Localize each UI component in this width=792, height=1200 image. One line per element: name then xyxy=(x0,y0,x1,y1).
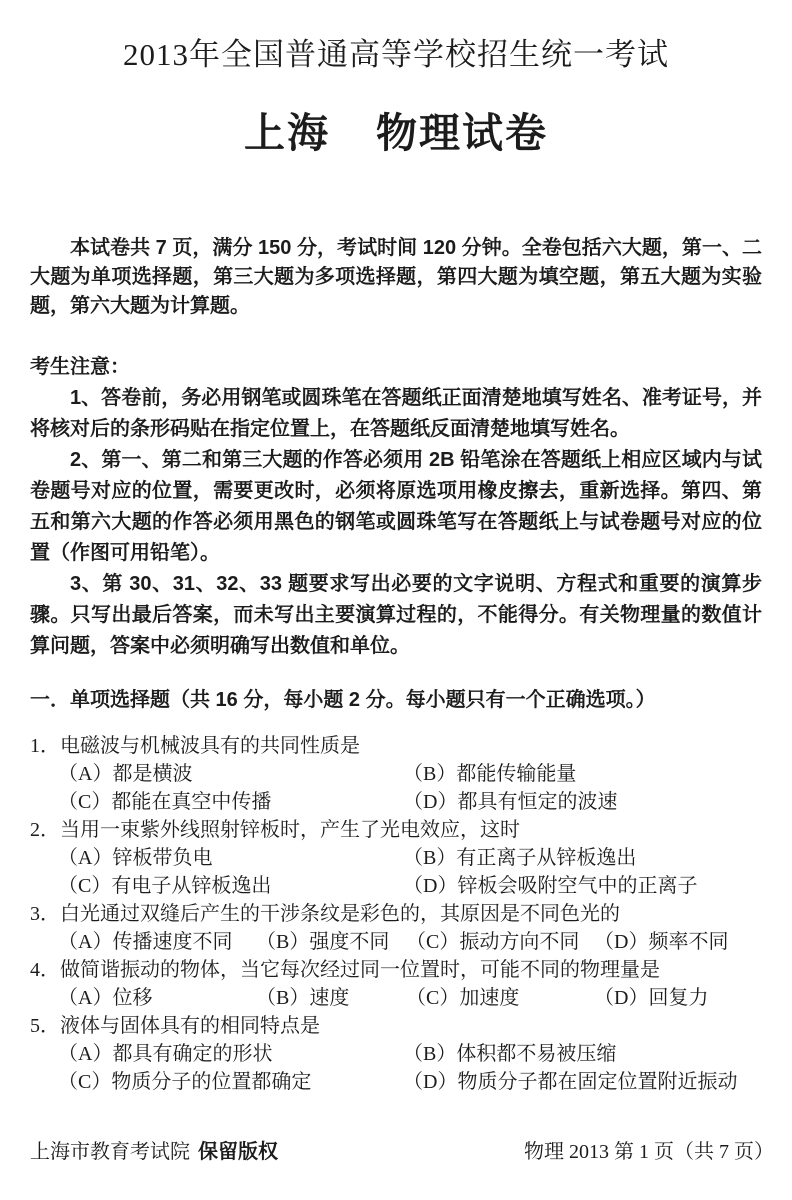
options-row: （A）都是横波 （B）都能传输能量 xyxy=(30,760,762,788)
question-stem: 2．当用一束紫外线照射锌板时，产生了光电效应，这时 xyxy=(30,816,762,844)
footer-page-info: 物理 2013 第 1 页（共 7 页） xyxy=(524,1140,774,1164)
question-3: 3．白光通过双缝后产生的干涉条纹是彩色的，其原因是不同色光的 （A）传播速度不同… xyxy=(30,900,762,956)
question-stem-text: 做简谐振动的物体，当它每次经过同一位置时，可能不同的物理量是 xyxy=(60,959,660,981)
option-c: （C）加速度 xyxy=(406,984,594,1012)
question-stem: 5．液体与固体具有的相同特点是 xyxy=(30,1012,762,1040)
options-row: （C）物质分子的位置都确定 （D）物质分子都在固定位置附近振动 xyxy=(30,1068,762,1096)
question-stem-text: 液体与固体具有的相同特点是 xyxy=(60,1015,320,1037)
notice-item-1: 1、答卷前，务必用钢笔或圆珠笔在答题纸正面清楚地填写姓名、准考证号，并将核对后的… xyxy=(30,383,762,445)
question-stem: 4．做简谐振动的物体，当它每次经过同一位置时，可能不同的物理量是 xyxy=(30,956,762,984)
question-2: 2．当用一束紫外线照射锌板时，产生了光电效应，这时 （A）锌板带负电 （B）有正… xyxy=(30,816,762,900)
option-c: （C）振动方向不同 xyxy=(406,928,594,956)
options-row: （A）都具有确定的形状 （B）体积都不易被压缩 xyxy=(30,1040,762,1068)
option-c: （C）物质分子的位置都确定 xyxy=(58,1068,403,1096)
option-a: （A）锌板带负电 xyxy=(58,844,403,872)
option-b: （B）体积都不易被压缩 xyxy=(403,1040,616,1068)
option-d: （D）频率不同 xyxy=(594,928,728,956)
question-stem-text: 白光通过双缝后产生的干涉条纹是彩色的，其原因是不同色光的 xyxy=(60,903,620,925)
questions-list: 1．电磁波与机械波具有的共同性质是 （A）都是横波 （B）都能传输能量 （C）都… xyxy=(30,732,762,1096)
options-row: （C）有电子从锌板逸出 （D）锌板会吸附空气中的正离子 xyxy=(30,872,762,900)
question-number: 4． xyxy=(30,956,60,984)
exam-page: 2013年全国普通高等学校招生统一考试 上海物理试卷 本试卷共 7 页，满分 1… xyxy=(0,0,792,1200)
option-b: （B）都能传输能量 xyxy=(403,760,576,788)
paper-subject: 物理试卷 xyxy=(376,110,548,156)
question-5: 5．液体与固体具有的相同特点是 （A）都具有确定的形状 （B）体积都不易被压缩 … xyxy=(30,1012,762,1096)
notice-item-3: 3、第 30、31、32、33 题要求写出必要的文字说明、方程式和重要的演算步骤… xyxy=(30,569,762,662)
option-c: （C）有电子从锌板逸出 xyxy=(58,872,403,900)
options-row: （A）传播速度不同 （B）强度不同 （C）振动方向不同 （D）频率不同 xyxy=(30,928,762,956)
exam-title: 2013年全国普通高等学校招生统一考试 xyxy=(30,34,762,76)
page-footer: 上海市教育考试院保留版权 物理 2013 第 1 页（共 7 页） xyxy=(30,1140,774,1164)
footer-copyright: 保留版权 xyxy=(198,1141,278,1163)
notice-section: 考生注意： 1、答卷前，务必用钢笔或圆珠笔在答题纸正面清楚地填写姓名、准考证号，… xyxy=(30,352,762,662)
option-b: （B）强度不同 xyxy=(256,928,406,956)
question-stem-text: 电磁波与机械波具有的共同性质是 xyxy=(60,735,360,757)
options-row: （A）锌板带负电 （B）有正离子从锌板逸出 xyxy=(30,844,762,872)
question-stem: 1．电磁波与机械波具有的共同性质是 xyxy=(30,732,762,760)
option-a: （A）传播速度不同 xyxy=(58,928,256,956)
question-number: 2． xyxy=(30,816,60,844)
notice-item-2: 2、第一、第二和第三大题的作答必须用 2B 铅笔涂在答题纸上相应区域内与试卷题号… xyxy=(30,445,762,569)
option-b: （B）速度 xyxy=(256,984,406,1012)
footer-publisher: 上海市教育考试院 xyxy=(30,1141,190,1163)
option-d: （D）锌板会吸附空气中的正离子 xyxy=(403,872,697,900)
section-heading: 一．单项选择题（共 16 分，每小题 2 分。每小题只有一个正确选项。） xyxy=(30,685,762,716)
question-1: 1．电磁波与机械波具有的共同性质是 （A）都是横波 （B）都能传输能量 （C）都… xyxy=(30,732,762,816)
notice-heading: 考生注意： xyxy=(30,352,762,383)
exam-intro: 本试卷共 7 页，满分 150 分，考试时间 120 分钟。全卷包括六大题，第一… xyxy=(30,234,762,321)
option-c: （C）都能在真空中传播 xyxy=(58,788,403,816)
option-d: （D）物质分子都在固定位置附近振动 xyxy=(403,1068,737,1096)
option-b: （B）有正离子从锌板逸出 xyxy=(403,844,636,872)
question-number: 5． xyxy=(30,1012,60,1040)
question-number: 3． xyxy=(30,900,60,928)
option-d: （D）回复力 xyxy=(594,984,708,1012)
footer-left: 上海市教育考试院保留版权 xyxy=(30,1140,278,1164)
page-content: 2013年全国普通高等学校招生统一考试 上海物理试卷 本试卷共 7 页，满分 1… xyxy=(0,34,792,1096)
question-stem: 3．白光通过双缝后产生的干涉条纹是彩色的，其原因是不同色光的 xyxy=(30,900,762,928)
option-a: （A）都是横波 xyxy=(58,760,403,788)
option-d: （D）都具有恒定的波速 xyxy=(403,788,617,816)
options-row: （A）位移 （B）速度 （C）加速度 （D）回复力 xyxy=(30,984,762,1012)
option-a: （A）位移 xyxy=(58,984,256,1012)
paper-title: 上海物理试卷 xyxy=(30,106,762,160)
question-number: 1． xyxy=(30,732,60,760)
question-stem-text: 当用一束紫外线照射锌板时，产生了光电效应，这时 xyxy=(60,819,520,841)
question-4: 4．做简谐振动的物体，当它每次经过同一位置时，可能不同的物理量是 （A）位移 （… xyxy=(30,956,762,1012)
paper-region: 上海 xyxy=(244,110,330,156)
options-row: （C）都能在真空中传播 （D）都具有恒定的波速 xyxy=(30,788,762,816)
option-a: （A）都具有确定的形状 xyxy=(58,1040,403,1068)
